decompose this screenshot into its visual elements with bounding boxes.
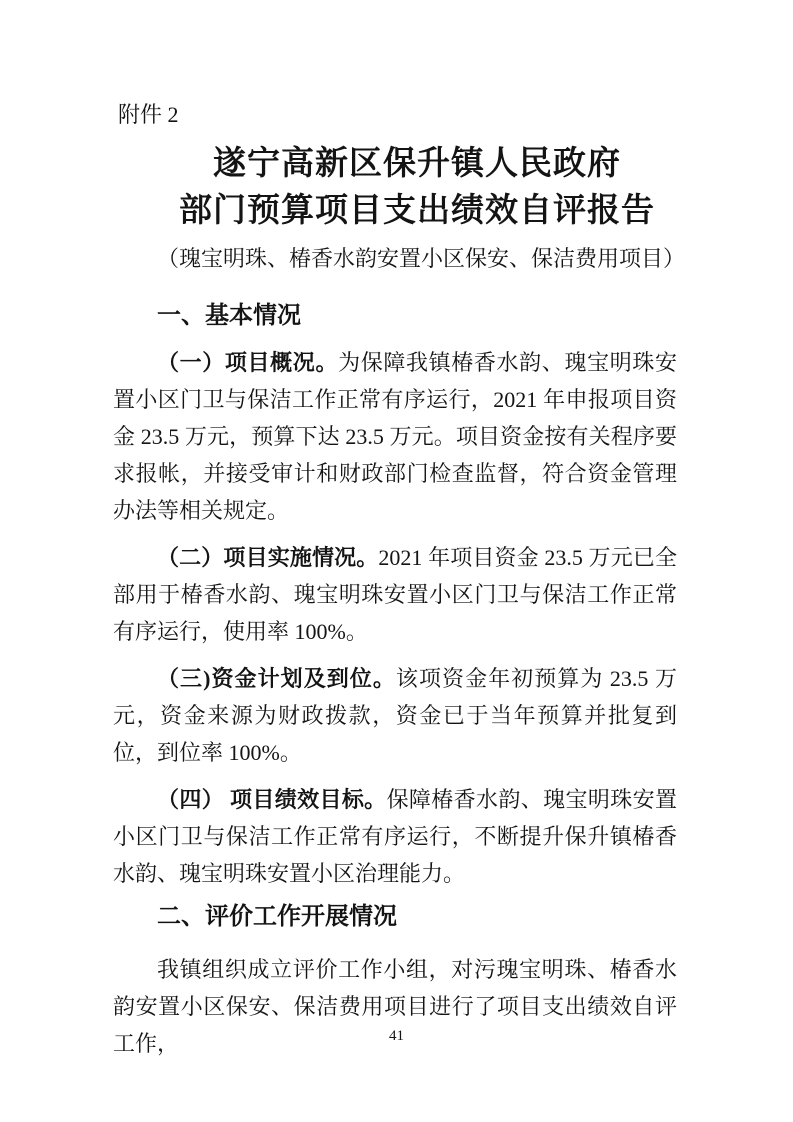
paragraph-label: （二）项目实施情况。 — [157, 545, 378, 570]
document-content: 附件 2 遂宁高新区保升镇人民政府 部门预算项目支出绩效自评报告 （瑰宝明珠、椿… — [113, 0, 677, 1062]
paragraph-fund-plan: （三)资金计划及到位。该项资金年初预算为 23.5 万元，资金来源为财政拨款，资… — [113, 660, 677, 771]
page-number: 41 — [0, 1026, 793, 1046]
paragraph-label: （四） 项目绩效目标。 — [157, 787, 387, 812]
document-title-line-1: 遂宁高新区保升镇人民政府 — [113, 139, 677, 186]
paragraph-project-overview: （一）项目概况。为保障我镇椿香水韵、瑰宝明珠安置小区门卫与保洁工作正常有序运行，… — [113, 344, 677, 529]
document-title-line-2: 部门预算项目支出绩效自评报告 — [113, 186, 677, 233]
attachment-label: 附件 2 — [118, 100, 677, 130]
document-page: 附件 2 遂宁高新区保升镇人民政府 部门预算项目支出绩效自评报告 （瑰宝明珠、椿… — [0, 0, 793, 1122]
paragraph-performance-target: （四） 项目绩效目标。保障椿香水韵、瑰宝明珠安置小区门卫与保洁工作正常有序运行，… — [113, 781, 677, 892]
paragraph-label: （三)资金计划及到位。 — [157, 666, 396, 691]
paragraph-label: （一）项目概况。 — [157, 350, 338, 375]
document-subtitle: （瑰宝明珠、椿香水韵安置小区保安、保洁费用项目） — [113, 240, 677, 277]
paragraph-project-implementation: （二）项目实施情况。2021 年项目资金 23.5 万元已全部用于椿香水韵、瑰宝… — [113, 539, 677, 650]
section-heading-evaluation-work: 二、评价工作开展情况 — [113, 898, 677, 935]
section-heading-basic-situation: 一、基本情况 — [113, 297, 677, 334]
paragraph-text: 为保障我镇椿香水韵、瑰宝明珠安置小区门卫与保洁工作正常有序运行，2021 年申报… — [113, 350, 677, 523]
